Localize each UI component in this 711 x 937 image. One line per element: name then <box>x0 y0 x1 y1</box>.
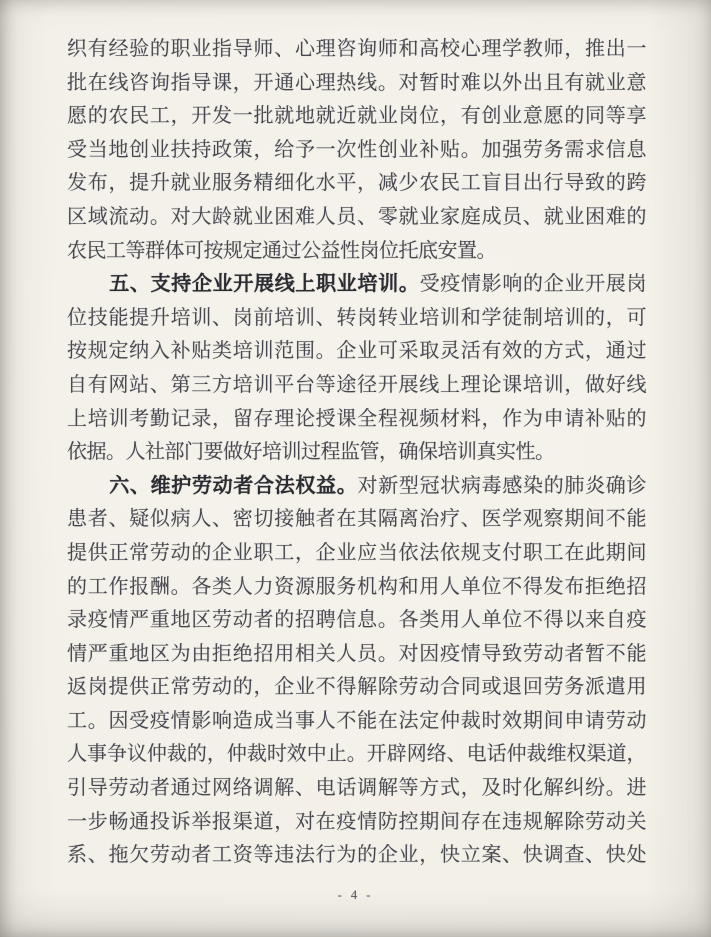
text-line: 人事争议仲裁的，仲裁时效中止。开辟网络、电话仲裁维权渠道， <box>67 738 646 772</box>
text-line: 五、支持企业开展线上职业培训。受疫情影响的企业开展岗 <box>67 268 646 302</box>
text-line: 上培训考勤记录，留存理论授课全程视频材料，作为申请补贴的 <box>67 403 646 437</box>
section-heading: 六、维护劳动者合法权益。 <box>108 475 358 497</box>
text-line: 患者、疑似病人、密切接触者在其隔离治疗、医学观察期间不能 <box>67 503 646 537</box>
paragraph: 六、维护劳动者合法权益。对新型冠状病毒感染的肺炎确诊患者、疑似病人、密切接触者在… <box>67 470 646 873</box>
paragraph: 织有经验的职业指导师、心理咨询师和高校心理学教师，推出一批在线咨询指导课，开通心… <box>67 33 646 268</box>
text-line: 依据。人社部门要做好培训过程监管，确保培训真实性。 <box>67 436 646 470</box>
text-line: 受当地创业扶持政策，给予一次性创业补贴。加强劳务需求信息 <box>67 134 646 168</box>
document-page: 织有经验的职业指导师、心理咨询师和高校心理学教师，推出一批在线咨询指导课，开通心… <box>0 0 711 937</box>
text-line: 位技能提升培训、岗前培训、转岗转业培训和学徒制培训的，可 <box>67 302 646 336</box>
text-line: 返岗提供正常劳动的，企业不得解除劳动合同或退回劳务派遣用 <box>67 671 646 705</box>
text-line: 一步畅通投诉举报渠道，对在疫情防控期间存在违规解除劳动关 <box>67 806 646 840</box>
document-body: 织有经验的职业指导师、心理咨询师和高校心理学教师，推出一批在线咨询指导课，开通心… <box>67 33 646 873</box>
page-footer: - 4 - <box>0 886 711 904</box>
text-line: 发布，提升就业服务精细化水平，减少农民工盲目出行导致的跨 <box>67 167 646 201</box>
paragraph: 五、支持企业开展线上职业培训。受疫情影响的企业开展岗位技能提升培训、岗前培训、转… <box>67 268 646 470</box>
text-line: 情严重地区为由拒绝招用相关人员。对因疫情导致劳动者暂不能 <box>67 638 646 672</box>
text-line: 愿的农民工，开发一批就地就近就业岗位，有创业意愿的同等享 <box>67 100 646 134</box>
text-line: 工。因受疫情影响造成当事人不能在法定仲裁时效期间申请劳动 <box>67 705 646 739</box>
text-line: 批在线咨询指导课，开通心理热线。对暂时难以外出且有就业意 <box>67 67 646 101</box>
page-number: - 4 - <box>338 888 374 902</box>
text-line: 系、拖欠劳动者工资等违法行为的企业，快立案、快调查、快处 <box>67 839 646 873</box>
text-line: 的工作报酬。各类人力资源服务机构和用人单位不得发布拒绝招 <box>67 571 646 605</box>
text-line: 织有经验的职业指导师、心理咨询师和高校心理学教师，推出一 <box>67 33 646 67</box>
text-line: 农民工等群体可按规定通过公益性岗位托底安置。 <box>67 235 646 269</box>
text-line: 自有网站、第三方培训平台等途径开展线上理论课培训，做好线 <box>67 369 646 403</box>
text-line: 提供正常劳动的企业职工，企业应当依法依规支付职工在此期间 <box>67 537 646 571</box>
text-line: 按规定纳入补贴类培训范围。企业可采取灵活有效的方式，通过 <box>67 335 646 369</box>
section-heading: 五、支持企业开展线上职业培训。 <box>108 273 420 295</box>
text-line: 引导劳动者通过网络调解、电话调解等方式，及时化解纠纷。进 <box>67 772 646 806</box>
text-line: 区域流动。对大龄就业困难人员、零就业家庭成员、就业困难的 <box>67 201 646 235</box>
text-line: 六、维护劳动者合法权益。对新型冠状病毒感染的肺炎确诊 <box>67 470 646 504</box>
text-line: 录疫情严重地区劳动者的招聘信息。各类用人单位不得以来自疫 <box>67 604 646 638</box>
